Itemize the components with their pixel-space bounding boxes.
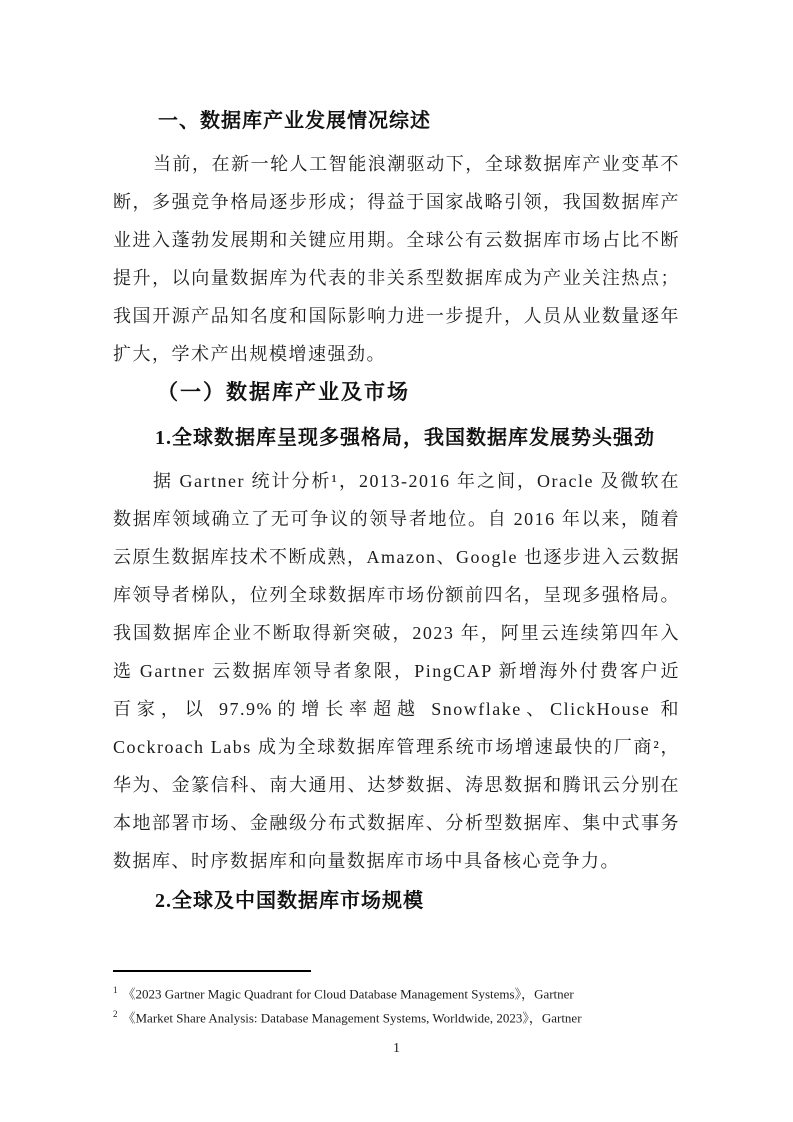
footnote-1: 1《2023 Gartner Magic Quadrant for Cloud … <box>113 980 680 1004</box>
page-footer: 1《2023 Gartner Magic Quadrant for Cloud … <box>113 970 680 1059</box>
footnote-2-marker: 2 <box>113 1009 118 1019</box>
paragraph-market-landscape: 据 Gartner 统计分析¹，2013-2016 年之间，Oracle 及微软… <box>113 462 680 880</box>
footnote-1-marker: 1 <box>113 985 118 995</box>
section-heading: 一、数据库产业发展情况综述 <box>113 106 680 136</box>
topic-heading-2: 2.全球及中国数据库市场规模 <box>113 886 680 916</box>
subsection-heading: （一）数据库产业及市场 <box>113 377 680 407</box>
footnote-1-text: 《2023 Gartner Magic Quadrant for Cloud D… <box>123 986 574 1001</box>
topic-heading-1: 1.全球数据库呈现多强格局，我国数据库发展势头强劲 <box>113 423 680 453</box>
footnote-2: 2《Market Share Analysis: Database Manage… <box>113 1004 680 1028</box>
footnote-separator <box>113 970 311 972</box>
page-number: 1 <box>113 1039 680 1059</box>
document-page: 一、数据库产业发展情况综述 当前，在新一轮人工智能浪潮驱动下，全球数据库产业变革… <box>0 0 793 1122</box>
footnote-2-text: 《Market Share Analysis: Database Managem… <box>123 1011 582 1026</box>
paragraph-overview: 当前，在新一轮人工智能浪潮驱动下，全球数据库产业变革不断，多强竞争格局逐步形成；… <box>113 145 680 373</box>
page-content: 一、数据库产业发展情况综述 当前，在新一轮人工智能浪潮驱动下，全球数据库产业变革… <box>0 0 793 916</box>
